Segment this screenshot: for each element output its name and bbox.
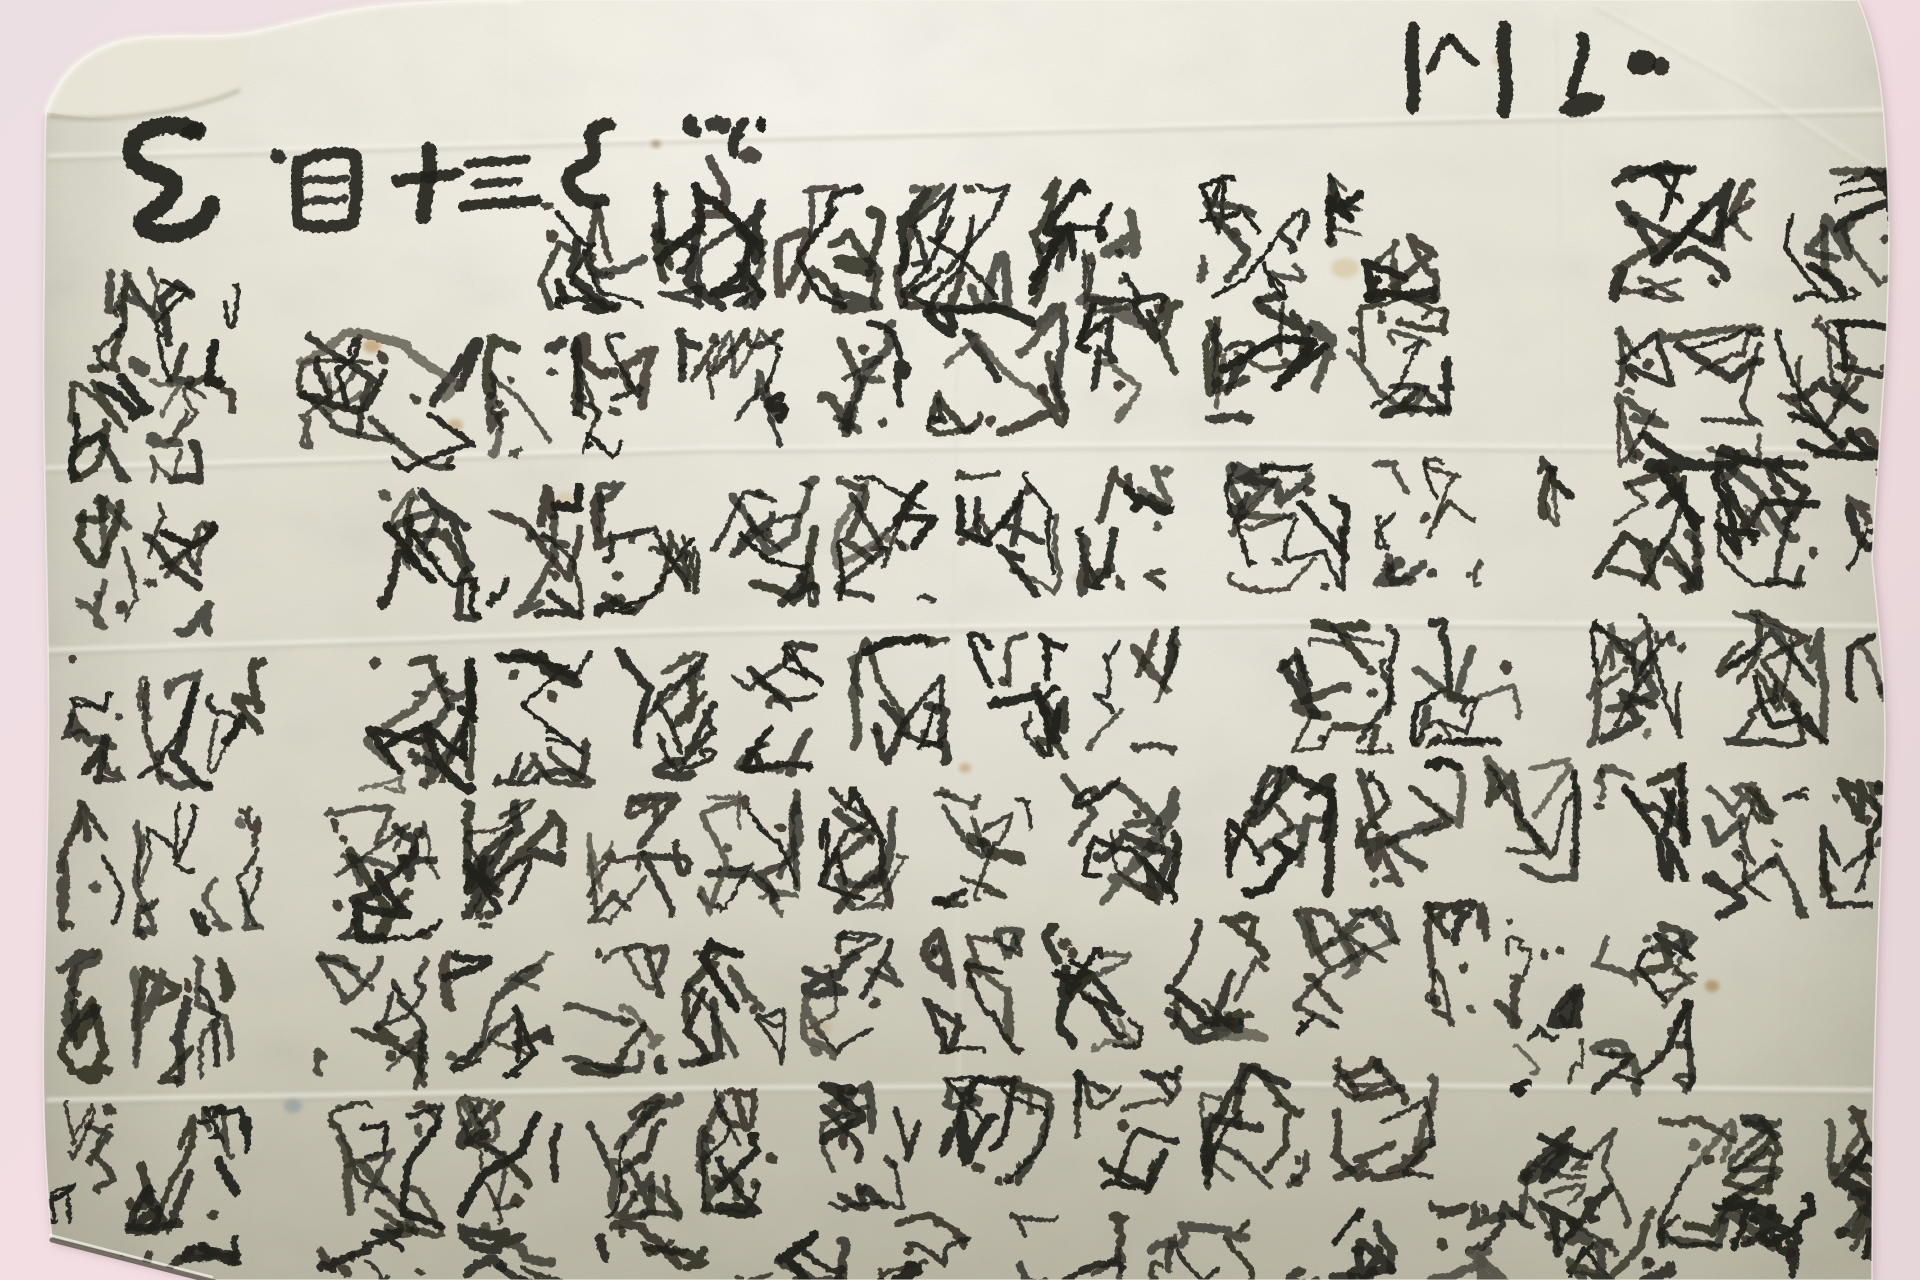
calligraphy-cluster bbox=[1411, 28, 1413, 106]
ink-stroke bbox=[303, 176, 345, 180]
ink-stroke bbox=[758, 120, 761, 127]
ink-stroke bbox=[445, 456, 451, 465]
ink-stroke bbox=[708, 118, 725, 128]
ink-stroke bbox=[655, 1056, 662, 1069]
ink-blob bbox=[616, 1224, 624, 1237]
ink-stroke bbox=[305, 198, 344, 202]
ink-stroke bbox=[1172, 999, 1180, 1025]
ink-stroke bbox=[1678, 765, 1683, 795]
ink-stroke bbox=[467, 158, 525, 163]
ink-stroke bbox=[574, 340, 578, 412]
stain-spot bbox=[1331, 258, 1359, 278]
ink-stroke bbox=[1427, 905, 1432, 976]
ink-stroke bbox=[1411, 28, 1413, 106]
ink-blob bbox=[1057, 937, 1070, 949]
ink-stroke bbox=[687, 120, 694, 130]
ink-stroke bbox=[1334, 1270, 1373, 1280]
ink-stroke bbox=[132, 968, 139, 1054]
stain-spot bbox=[284, 1099, 302, 1113]
ink-stroke bbox=[422, 149, 428, 215]
stain-spot bbox=[1705, 980, 1719, 992]
ink-stroke bbox=[598, 1236, 604, 1257]
calligraphy-cluster bbox=[1502, 26, 1505, 110]
ink-stroke bbox=[1208, 413, 1250, 421]
ink-stroke bbox=[1502, 26, 1505, 110]
ink-stroke bbox=[928, 308, 974, 312]
paper-surface bbox=[0, 0, 1920, 1280]
ink-stroke bbox=[232, 1236, 235, 1261]
ink-stroke bbox=[473, 179, 517, 183]
ink-blob bbox=[1847, 1116, 1855, 1123]
stain-spot bbox=[651, 140, 661, 148]
stain-spot bbox=[959, 763, 971, 773]
scene-svg bbox=[0, 0, 1920, 1280]
ink-stroke bbox=[461, 199, 535, 205]
ink-stroke bbox=[1200, 256, 1204, 279]
ink-stroke bbox=[852, 656, 856, 745]
manuscript-photo bbox=[0, 0, 1920, 1280]
